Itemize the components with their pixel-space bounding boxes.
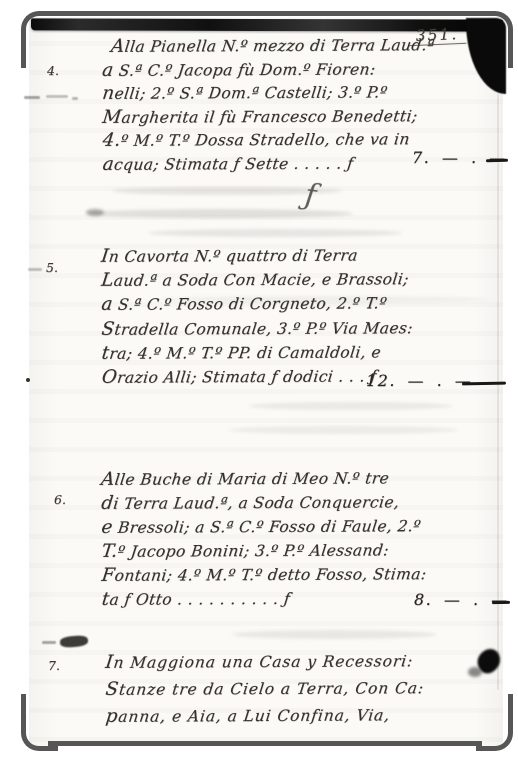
margin-dash-mark — [46, 95, 68, 98]
entry-line: tra; 4.º M.º T.º PP. di Camaldoli, e — [100, 340, 414, 366]
bleedthrough-mark — [232, 630, 437, 639]
margin-dash-mark — [28, 268, 42, 271]
entry-value: 12. — . — — [366, 371, 472, 390]
entry-line: acqua; Stimata ƒ Sette . . . . . ƒ — [101, 151, 437, 176]
entry-line: e Bressoli; a S.ª C.º Fosso di Faule, 2.… — [100, 514, 428, 540]
entry-number: 7. — [48, 658, 60, 673]
margin-dash-mark — [72, 97, 78, 100]
entry-line: Alle Buche di Maria di Meo N.º tre — [100, 466, 428, 492]
frame-corner-bottom-right — [476, 694, 513, 751]
entry-line: T.º Jacopo Bonini; 3.º P.º Alessand: — [100, 538, 428, 564]
entry-text-block: In Maggiona una Casa y Recessori: Stanze… — [104, 647, 423, 730]
entry-number: 6. — [54, 492, 66, 507]
bleedthrough-mark — [148, 229, 403, 237]
entry-number: 5. — [46, 260, 58, 275]
frame-corner-top-left — [21, 11, 58, 68]
frame-corner-top-right — [476, 11, 513, 68]
ink-blot-tail — [468, 667, 482, 677]
bleedthrough-mark — [86, 209, 104, 216]
frame-border-bottom — [48, 741, 482, 746]
entry-line: 4.º M.º T.º Dossa Stradello, che va in — [101, 127, 437, 152]
manuscript-scan-viewer: ƒ 351. 4. Alla Pianella N.º mezzo di Ter… — [0, 0, 518, 760]
entry-line: Fontani; 4.º M.º T.º detto Fosso, Stima: — [100, 562, 428, 588]
entry-line: ta ƒ Otto . . . . . . . . . . ƒ — [100, 586, 428, 612]
bleedthrough-mark — [228, 426, 458, 434]
frame-corner-bottom-left — [21, 694, 58, 751]
entry-text-block: Alle Buche di Maria di Meo N.º tre di Te… — [100, 466, 426, 612]
entry-line: nelli; 2.º S.ª Dom.ª Castelli; 3.º P.º — [101, 80, 437, 105]
margin-dot-mark — [26, 378, 30, 382]
entry-line: panna, e Aia, a Lui Confina, Via, — [104, 701, 426, 730]
entry-value: 8. — . — — [414, 590, 509, 609]
bleedthrough-mark — [248, 402, 453, 410]
entry-line: Margherita il fù Francesco Benedetti; — [101, 104, 437, 129]
entry-line: In Maggiona una Casa y Recessori: — [104, 647, 426, 676]
entry-line: a S.ª C.º Jacopa fù Dom.º Fioren: — [101, 57, 437, 82]
entry-value: 7. — . — — [412, 148, 507, 167]
entry-line: di Terra Laud.ª, a Soda Conquercie, — [100, 490, 428, 516]
value-dash-tail — [486, 159, 508, 162]
margin-dash-mark — [24, 96, 40, 99]
entry-text-block: Alla Pianella N.º mezzo di Terra Laud.ª … — [101, 33, 434, 176]
entry-text-block: In Cavorta N.º quattro di Terra Laud.ª a… — [100, 243, 412, 390]
entry-line: a S.ª C.º Fosso di Corgneto, 2.º T.º — [100, 292, 414, 318]
entry-line: Alla Pianella N.º mezzo di Terra Laud.ª — [101, 33, 437, 58]
entry-line: Laud.ª a Soda Con Macie, e Brassoli; — [100, 267, 414, 293]
value-dash-tail — [492, 601, 510, 604]
frame-border-top — [48, 11, 482, 16]
margin-dash-mark — [42, 641, 56, 644]
entry-line: Stradella Comunale, 3.º P.º Via Maes: — [100, 316, 414, 342]
entry-line: Stanze tre da Cielo a Terra, Con Ca: — [104, 674, 426, 703]
entry-line: In Cavorta N.º quattro di Terra — [100, 243, 414, 269]
